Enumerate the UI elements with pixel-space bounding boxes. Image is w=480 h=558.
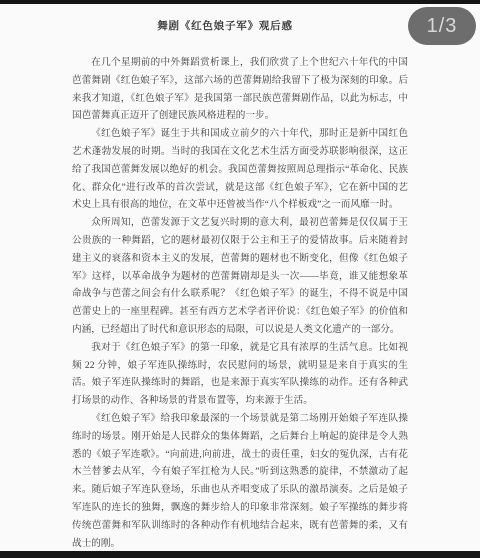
bottom-edge-bar (0, 551, 480, 558)
document-page: 舞剧《红色娘子军》观后感 在几个星期前的中外舞蹈赏析课上，我们欣赏了上个世纪六十… (0, 4, 480, 552)
paragraph-favorite-scene: 《红色娘子军》给我印象最深的一个场景就是第二场刚开始娘子军连队操练时的场景。刚开… (72, 410, 408, 552)
paragraph-ballet-origin: 众所周知，芭蕾发源于文艺复兴时期的意大利，最初芭蕾舞是仅仅属于王公贵族的一种舞蹈… (72, 214, 408, 339)
paragraph-history: 《红色娘子军》诞生于共和国成立前夕的六十年代，那时正是新中国红色艺术蓬勃发展的时… (72, 125, 408, 214)
document-title: 舞剧《红色娘子军》观后感 (56, 18, 394, 33)
page-indicator-badge: 1/3 (408, 7, 476, 45)
paragraph-intro: 在几个星期前的中外舞蹈赏析课上，我们欣赏了上个世纪六十年代的中国芭蕾舞剧《红色娘… (72, 54, 408, 125)
document-body: 在几个星期前的中外舞蹈赏析课上，我们欣赏了上个世纪六十年代的中国芭蕾舞剧《红色娘… (72, 54, 408, 552)
paragraph-first-impression: 我对于《红色娘子军》的第一印象，就是它具有浓厚的生活气息。比如视频 22 分钟，… (72, 339, 408, 410)
image-viewer: 舞剧《红色娘子军》观后感 在几个星期前的中外舞蹈赏析课上，我们欣赏了上个世纪六十… (0, 0, 480, 558)
